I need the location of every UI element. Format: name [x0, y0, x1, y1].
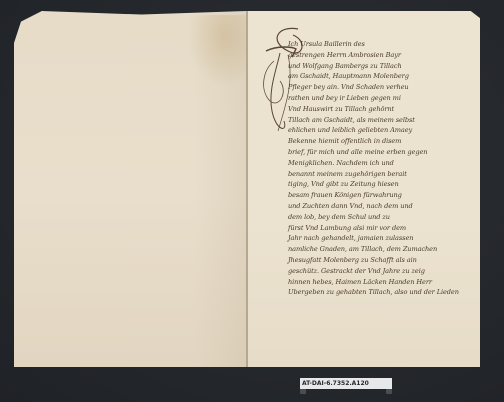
manuscript-line: am Gschaidt, Hauptmann Molenberg [288, 71, 473, 82]
right-page-text: Ich Ursula Baillerin des gestrengen Herr… [248, 11, 480, 367]
manuscript-line: rathen und bey ir Lieben gegen mi [288, 93, 473, 104]
manuscript-line: und Wolfgang Bambergs zu Tillach [288, 61, 473, 72]
manuscript-line: geschütz. Gestrackt der Vnd Jahre zu zei… [288, 266, 473, 277]
manuscript-line: Jhesugfatt Molenberg zu Schafft als ain [288, 255, 473, 266]
manuscript-line: namliche Gnaden, am Tillach, dem Zumache… [288, 244, 473, 255]
page-shading [194, 11, 246, 367]
manuscript-line: Tillach am Gschaidt, als meinem selbst [288, 115, 473, 126]
manuscript-line: Vnd Hauswirt zu Tillach gehörnt [288, 104, 473, 115]
manuscript-line: Ubergeben zu gehabten Tillach, also und … [288, 287, 473, 298]
manuscript-line: Bekenne hiemit offentlich in disem [288, 136, 473, 147]
catalog-label: AT-DAI-6.7352.A120 [300, 378, 392, 389]
manuscript-line: Jahr nach gehandelt, jamaien zulassen [288, 233, 473, 244]
manuscript-line: besam frauen Königen fürwahrung [288, 190, 473, 201]
label-clip-right [386, 389, 392, 394]
label-clip-left [300, 389, 306, 394]
manuscript-line: Pfleger bey ain. Vnd Schaden verheu [288, 82, 473, 93]
manuscript-line: ehlichen und leiblich geliebten Amaey [288, 125, 473, 136]
manuscript-sheet: Ich Ursula Baillerin des gestrengen Herr… [14, 11, 480, 367]
manuscript-line: hinnen hebes, Haimen Läcken Handen Herr [288, 277, 473, 288]
manuscript-line: Ich Ursula Baillerin des [288, 39, 473, 50]
left-page-blank [14, 11, 246, 367]
manuscript-line: gestrengen Herrn Ambrosien Bayr [288, 50, 473, 61]
manuscript-line: tiging, Vnd gibt zu Zeitung hiesen [288, 179, 473, 190]
manuscript-line: dem lob, bey dem Schul und zu [288, 212, 473, 223]
manuscript-line: und Zuchten dann Vnd, nach dem und [288, 201, 473, 212]
center-fold [246, 11, 248, 367]
manuscript-line: brief, für mich und alle meine erben geg… [288, 147, 473, 158]
manuscript-text-block: Ich Ursula Baillerin des gestrengen Herr… [288, 39, 473, 298]
manuscript-line: Menigklichen. Nachdem ich und [288, 158, 473, 169]
manuscript-line: benannt meinem zugehörigen berait [288, 169, 473, 180]
manuscript-line: fürst Vnd Lambung alsi mir vor dem [288, 223, 473, 234]
